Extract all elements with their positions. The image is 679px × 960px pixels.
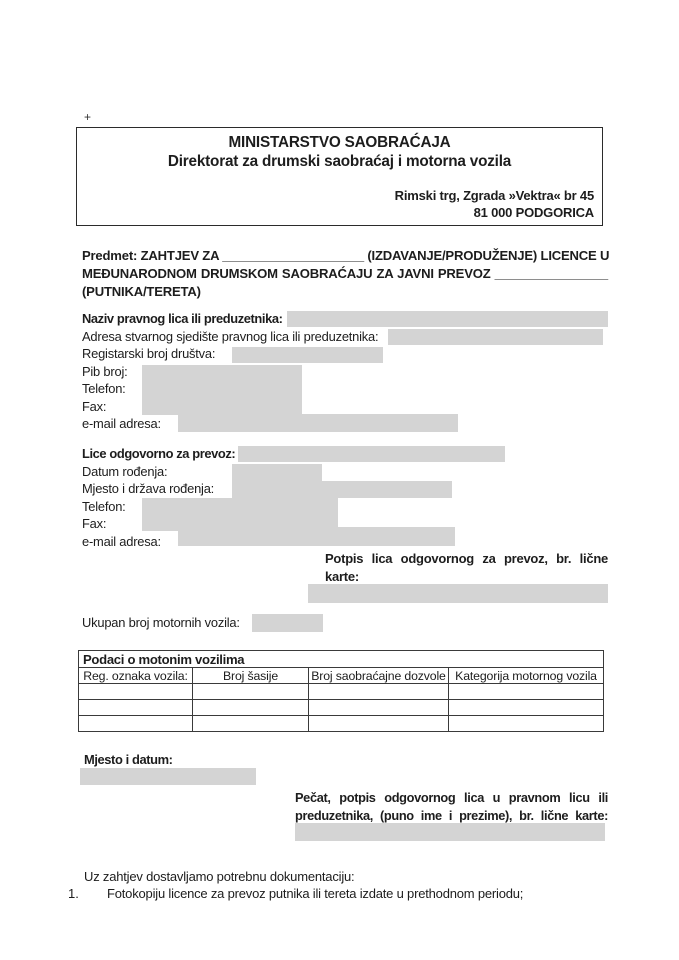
company-fax-label: Fax: <box>82 398 106 416</box>
attachment-item-number: 1. <box>68 886 79 901</box>
vehicles-table: Podaci o motonim vozilima Reg. oznaka vo… <box>78 650 604 732</box>
redacted-vehicles-total <box>252 614 323 632</box>
address-line-1: Rimski trg, Zgrada »Vektra« br 45 <box>395 187 594 204</box>
redacted-responsible-signature <box>308 584 608 603</box>
vehicles-table-header-row: Reg. oznaka vozila: Broj šasije Broj sao… <box>79 668 604 684</box>
address-block: Rimski trg, Zgrada »Vektra« br 45 81 000… <box>395 187 594 221</box>
table-cell-empty <box>449 700 604 716</box>
responsible-phone-label: Telefon: <box>82 498 126 516</box>
responsible-signature-line-2: karte: <box>325 568 608 586</box>
responsible-signature-line-1: Potpis lica odgovornog za prevoz, br. li… <box>325 550 608 568</box>
responsible-fax-label: Fax: <box>82 515 106 533</box>
responsible-email-label: e-mail adresa: <box>82 533 161 551</box>
subject-line-3: (PUTNIKA/TERETA) <box>82 283 608 301</box>
vehicles-table-title: Podaci o motonim vozilima <box>79 651 604 668</box>
table-cell-empty <box>79 684 193 700</box>
column-header-chassis: Broj šasije <box>193 668 309 684</box>
responsible-birthplace-label: Mjesto i država rođenja: <box>82 480 214 498</box>
ministry-title: MINISTARSTVO SAOBRAĆAJA <box>77 133 602 152</box>
redacted-responsible-name <box>238 446 505 462</box>
redacted-responsible-birthdate <box>232 464 322 498</box>
redacted-company-registry <box>232 347 383 363</box>
table-cell-empty <box>449 684 604 700</box>
table-cell-empty <box>449 716 604 732</box>
company-registry-label: Registarski broj društva: <box>82 345 215 363</box>
redacted-company-email <box>178 414 458 432</box>
company-address-label: Adresa stvarnog sjedište pravnog lica il… <box>82 328 378 346</box>
responsible-heading: Lice odgovorno za prevoz: <box>82 445 235 463</box>
column-header-category: Kategorija motornog vozila <box>449 668 604 684</box>
company-heading: Naziv pravnog lica ili preduzetnika: <box>82 310 283 328</box>
table-cell-empty <box>79 716 193 732</box>
address-line-2: 81 000 PODGORICA <box>395 204 594 221</box>
redacted-responsible-birthplace <box>322 481 452 498</box>
redacted-responsible-email <box>178 527 455 546</box>
table-cell-empty <box>309 684 449 700</box>
redacted-company-name <box>287 311 608 327</box>
table-row <box>79 700 604 716</box>
redacted-place-date <box>80 768 256 785</box>
document-page: + MINISTARSTVO SAOBRAĆAJA Direktorat za … <box>0 0 679 960</box>
stamp-signature-line-2: preduzetnika, (puno ime i prezime), br. … <box>295 807 608 825</box>
stamp-signature-line-1: Pečat, potpis odgovornog lica u pravnom … <box>295 789 608 807</box>
company-email-label: e-mail adresa: <box>82 415 161 433</box>
table-row <box>79 684 604 700</box>
column-header-reg-number: Reg. oznaka vozila: <box>79 668 193 684</box>
crop-mark: + <box>84 110 91 124</box>
redacted-company-pib-phone-fax <box>142 365 302 415</box>
subject-line-1: Predmet: ZAHTJEV ZA ____________________… <box>82 247 608 265</box>
table-cell-empty <box>79 700 193 716</box>
vehicles-table-title-row: Podaci o motonim vozilima <box>79 651 604 668</box>
attachment-item-text: Fotokopiju licence za prevoz putnika ili… <box>107 886 523 901</box>
table-cell-empty <box>309 700 449 716</box>
column-header-permit: Broj saobraćajne dozvole <box>309 668 449 684</box>
table-cell-empty <box>309 716 449 732</box>
directorate-subtitle: Direktorat za drumski saobraćaj i motorn… <box>77 152 602 171</box>
table-row <box>79 716 604 732</box>
redacted-stamp-signature <box>295 823 605 841</box>
table-cell-empty <box>193 684 309 700</box>
company-phone-label: Telefon: <box>82 380 126 398</box>
company-pib-label: Pib broj: <box>82 363 128 381</box>
table-cell-empty <box>193 716 309 732</box>
letterhead-box: MINISTARSTVO SAOBRAĆAJA Direktorat za dr… <box>76 127 603 226</box>
redacted-company-address <box>388 329 603 345</box>
table-cell-empty <box>193 700 309 716</box>
subject-line-2: MEĐUNARODNOM DRUMSKOM SAOBRAĆAJU ZA JAVN… <box>82 265 608 283</box>
place-date-label: Mjesto i datum: <box>84 751 173 769</box>
attachments-intro: Uz zahtjev dostavljamo potrebnu dokument… <box>84 869 354 884</box>
vehicles-total-label: Ukupan broj motornih vozila: <box>82 614 240 632</box>
responsible-birthdate-label: Datum rođenja: <box>82 463 167 481</box>
